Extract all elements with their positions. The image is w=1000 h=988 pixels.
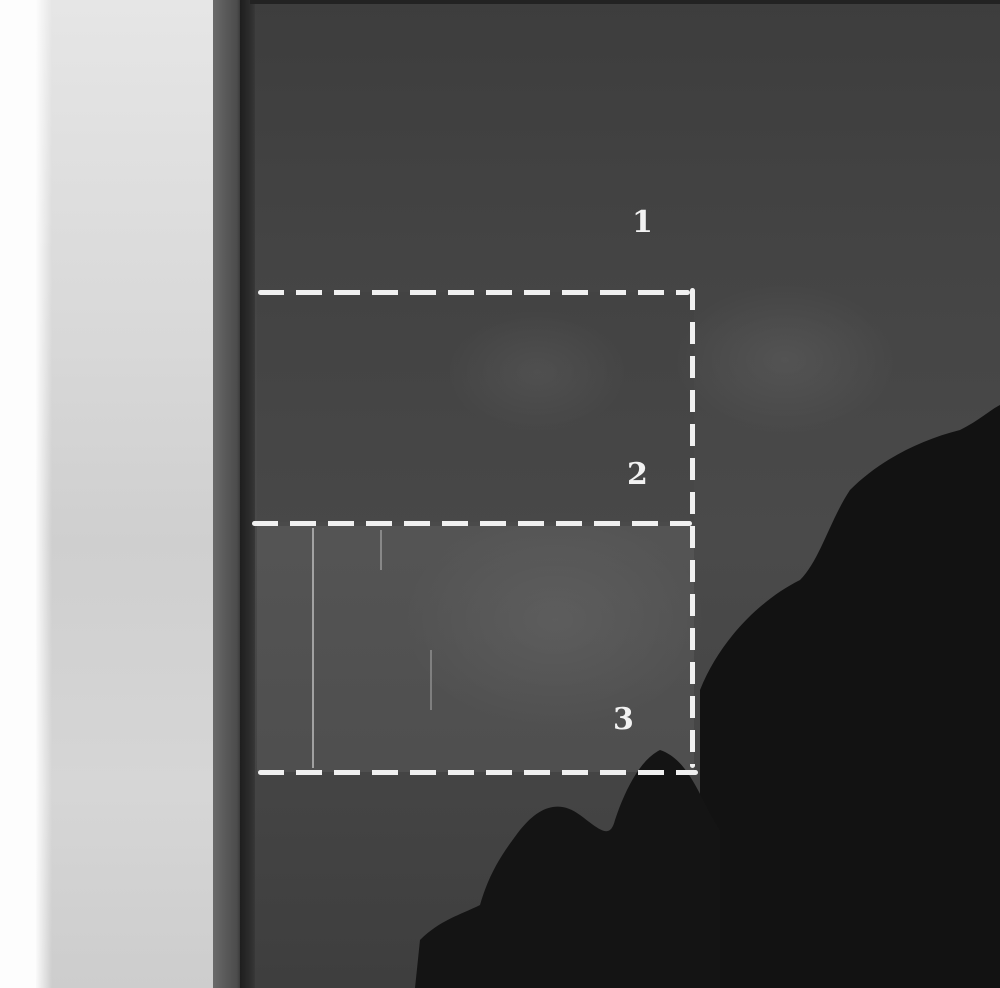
zone-boundary-middle	[252, 521, 692, 526]
painting-silhouette	[0, 0, 1000, 988]
zone-label-3: 3	[613, 705, 634, 735]
zone-boundary-bottom	[258, 770, 698, 775]
zone-label-1: 1	[632, 208, 653, 238]
zone-boundary-right	[690, 288, 695, 768]
zone-boundary-top	[258, 290, 690, 295]
photograph: 1 2 3	[0, 0, 1000, 988]
zone-label-2: 2	[627, 460, 648, 490]
